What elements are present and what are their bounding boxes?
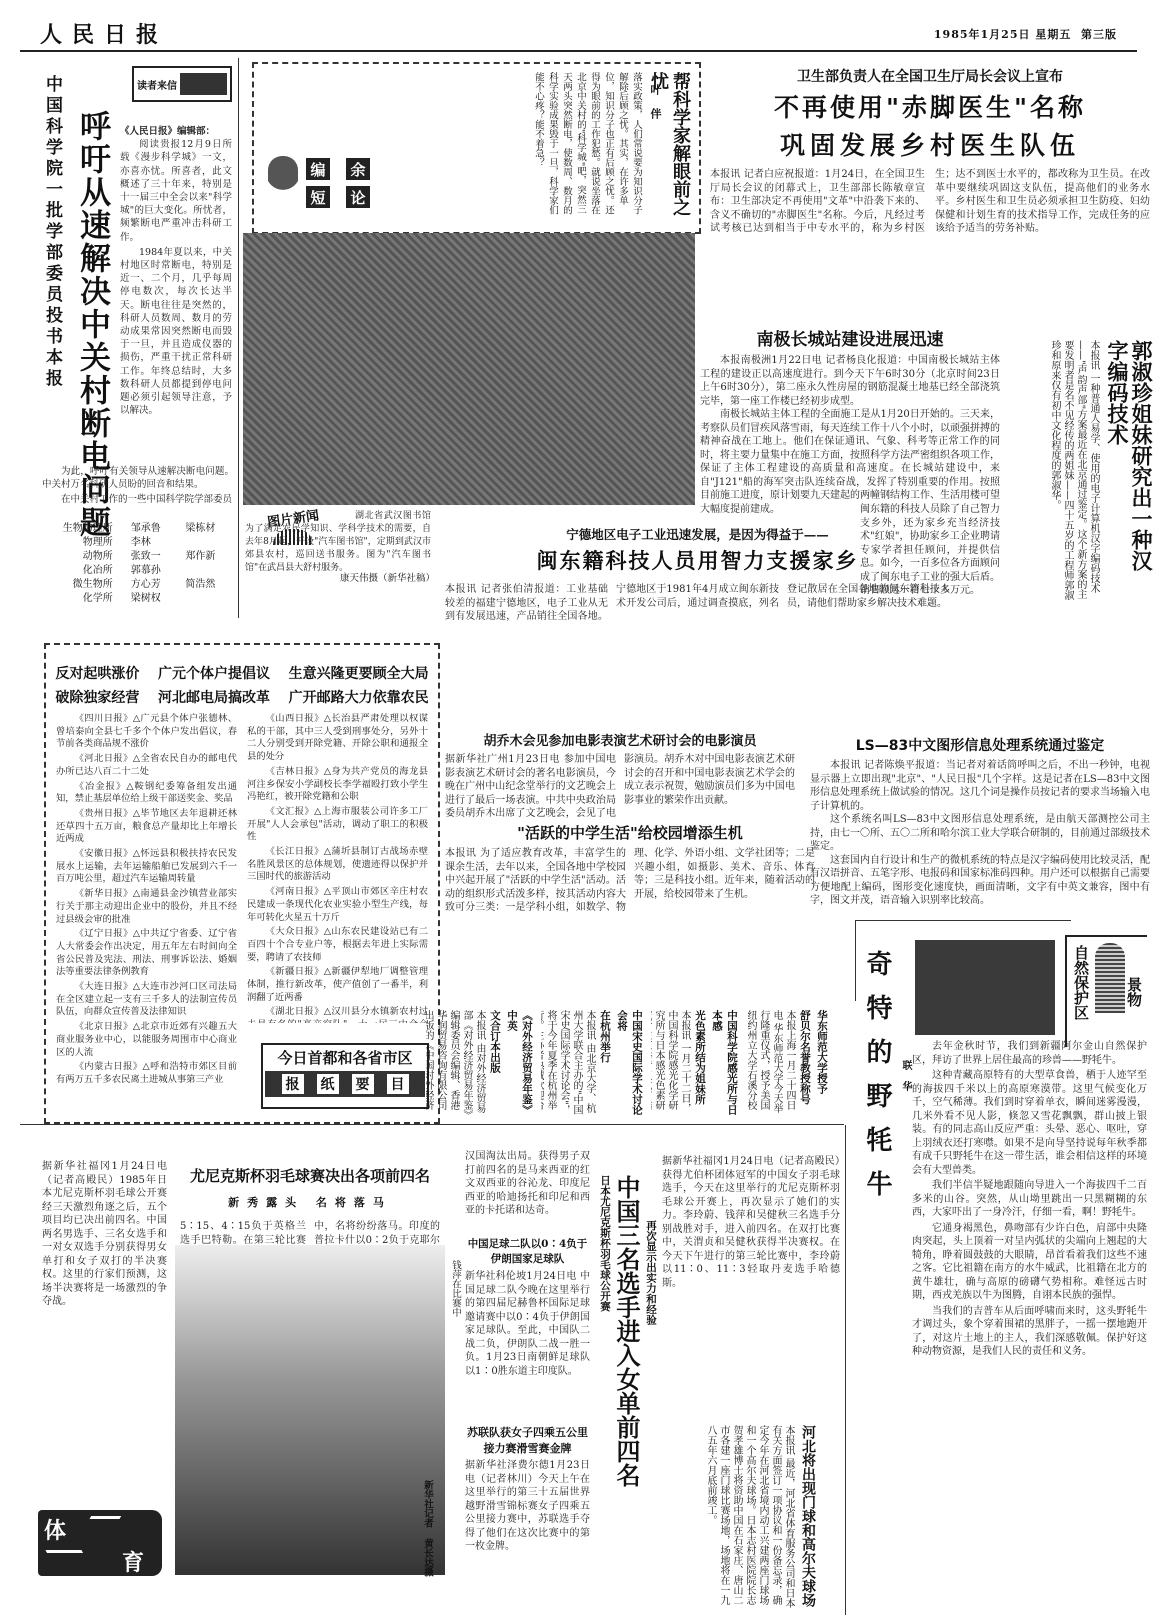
- brief-item: 华东师范大学授予 舒贝尔名誉教授称号 本报上海一月二十四日电 华东师范大学今天举…: [746, 1010, 830, 1120]
- brief-text: 本报讯 一月二十二日，中国科学院感光化学研究所与日本感光色素研究所在京举行仪式，…: [651, 1010, 691, 1115]
- digest-footer-subtitle: 报 纸 要 目: [265, 1071, 425, 1097]
- column-divider: [845, 1125, 846, 1615]
- guo-body: 本报讯 一种普通人易学、使用的电子计算机汉字编码技术——"声韵声部"方案最近在北…: [1000, 340, 1100, 600]
- antarctic-headline: 南极长城站建设进展迅速: [700, 325, 1000, 350]
- school-body: 本报讯 为了适应教育改革，丰富学生的课余生活，去年以来，全国各地中学校园中兴起开…: [445, 847, 815, 975]
- digest-footer-box: 今日首都和各省市区 报 纸 要 目: [261, 1043, 429, 1109]
- brief-text: 本报讯 由对外经济贸易部《对外经济贸易年鉴》编辑委员会编辑、香港华润贸易咨询有限…: [426, 1010, 486, 1115]
- signatory-row: 微生物所方心芳简浩然: [40, 578, 240, 592]
- yak-paragraph: 这种青藏高原特有的大型草食兽，栖于人迹罕至的海拔四千米以上的高原寒漠带。这里气候…: [912, 1069, 1147, 1177]
- editorial-logo-char: 余: [346, 158, 370, 180]
- film-article: 胡乔木会见参加电影表演艺术研讨会的电影演员 据新华社广州1月23日电 参加中国电…: [445, 730, 795, 833]
- brief-headline: 舒贝尔名誉教授称号: [798, 1010, 813, 1120]
- sports-logo-char: 体: [44, 1514, 66, 1545]
- football-body: 新华社科伦坡1月24日电 中国足球二队今晚在这里举行的第四届尼赫鲁杯国际足球邀请…: [465, 1270, 590, 1420]
- brief-text: 本报上海一月二十四日电 华东师范大学今天举行隆重仪式，授予美国纽约州立大学石溪分…: [746, 1010, 796, 1115]
- editorial-logo-char: 编: [306, 158, 330, 180]
- yak-photo: [915, 940, 1055, 1035]
- editorial-author: 叶 伴: [647, 84, 663, 119]
- digest-item: 《河北日报》△全省农民自办的邮电代办所已达八百二十二处: [56, 753, 237, 778]
- zgc-letter-body-cont: 1981年五届政协开会时，我们之中的一部分人曾反映了中关村地区断电之事，请给予解…: [42, 465, 234, 508]
- runner-icon: [77, 1516, 121, 1541]
- brief-kicker: 中国科学院感光所与日本感: [710, 1010, 740, 1120]
- school-headline: "活跃的中学生活"给校园增添生机: [445, 822, 815, 843]
- scenery-label: 景物: [1124, 977, 1145, 1007]
- editorial-logo-char: 短: [306, 186, 330, 208]
- school-article: "活跃的中学生活"给校园增添生机 本报讯 为了适应教育改革，丰富学生的课余生活，…: [445, 822, 815, 975]
- page-number: 第三版: [1081, 28, 1117, 41]
- digest-item: 《新疆日报》△新疆伊犁地厂调整管理体制，推行新改革，使产值创了一番半，利润翻了近…: [247, 966, 428, 1004]
- zgc-paragraph: 在中关村工作的一些中国科学院学部委员: [42, 493, 234, 506]
- digest-right-column: 《山西日报》△长治县严肃处理以权谋私的干部，其中三人受到刑事处分，另外十二人分别…: [247, 713, 428, 1023]
- signatory-row: 物理所李林: [40, 536, 240, 550]
- brief-item: 中国科学院感光所与日本感 光色素所结为姐妹所 本报讯 一月二十二日，中国科学院感…: [651, 1010, 740, 1120]
- digest-item: 《辽宁日报》△中共辽宁省委、辽宁省人大常委会作出决定，用五年左右时间向全省公民普…: [56, 928, 237, 979]
- digest-headline-row-2: 破除独家经营 河北邮电局搞改革 广开邮路大力依靠农民: [46, 687, 438, 707]
- digest-item: 《安徽日报》△怀远县积极扶持农民发展水上运输，去年运输船舶已发展到六千一百万吨公…: [56, 848, 237, 886]
- yak-author: 联 华: [898, 1060, 913, 1091]
- masthead-rule: [20, 50, 1137, 52]
- football-article: 汉国淘汰出局。获得男子双打前四名的是马来西亚的红文双西亚的谷沁龙、印度尼西亚的哈…: [465, 1150, 590, 1569]
- antarctic-paragraph: 南极长城站主体工程的全面施工是从1月20日开始的。三天来，考察队员们冒疾风落雪雨…: [700, 408, 1000, 518]
- zgc-letter-body: 《人民日报》编辑部： 阅读贵报12月9日所载《漫步科学城》一文，亦喜亦忧。所喜者…: [120, 125, 232, 419]
- hebei-body: 本报讯 最近，河北省体育服务公司和日本有关方面签订一项协议和一份备忘录，确定今年…: [625, 1425, 795, 1610]
- zgc-paragraph: 阅读贵报12月9日所载《漫步科学城》一文，亦喜亦忧。所喜者，此文概述了三十年来，…: [120, 138, 232, 244]
- badminton-photo: [175, 1245, 445, 1575]
- mountain-icon: [1095, 943, 1125, 1013]
- sports-section-logo: 体 育: [38, 1510, 162, 1576]
- signatory-row: 化冶所郭慕孙: [40, 564, 240, 578]
- brief-kicker: 《对外经济贸易年鉴》中英: [505, 1010, 535, 1120]
- sports-logo-char: 育: [122, 1546, 144, 1577]
- health-body: 本报讯 记者白应祝报道：1月24日，在全国卫生厅局长会议的闭幕式上，卫生部部长陈…: [710, 168, 1150, 320]
- digest-item: 《冶金报》△鞍钢纪委筹备组发出通知，禁止基层单位给上级干部送奖金、奖品: [56, 781, 237, 806]
- zgc-signatories: 生物物理所邹承鲁梁栋材 物理所李林 动物所张致一郑作新 化冶所郭慕孙 微生物所方…: [40, 522, 240, 606]
- ls83-article: LS—83中文图形信息处理系统通过鉴定 本报讯 记者陈焕平报道：当记者对着话筒呼…: [810, 735, 1150, 908]
- brief-headline: 光色素所结为姐妹所: [693, 1010, 708, 1120]
- women-kicker: 日本尤尼克斯杯羽毛球公开赛: [598, 1175, 613, 1312]
- digest-item: 《河南日报》△平顶山市郊区辛庄村农民建成一条现代化农业实验小型生产线，每年可转化…: [247, 886, 428, 924]
- zgc-paragraph: 1984年夏以来，中关村地区时常断电，特别是近一、二个月，几乎每周停电数次，每次…: [120, 246, 232, 418]
- column-divider: [238, 58, 239, 618]
- brief-item: 中国宋史国际学术讨论会将 在杭州举行 本报讯 由北京大学、杭州大学联合主办的"中…: [541, 1010, 645, 1120]
- skate-headline-2: 接力赛滑雪赛金牌: [465, 1440, 590, 1456]
- football-continued: 汉国淘汰出局。获得男子双打前四名的是马来西亚的红文双西亚的谷沁龙、印度尼西亚的哈…: [465, 1150, 590, 1230]
- issue-date: 1985年1月25日: [934, 28, 1031, 41]
- digest-item: 《湖北日报》△汉川县分水镇新农村过去是有名的"高产穷队"，十一届三中全会后，80…: [247, 1006, 428, 1023]
- mindong-body-cont: 闽东籍的科技人员除了自己智力支乡外，还为家乡充当经济技术"红娘"，协助家乡工企业…: [860, 503, 1000, 643]
- brief-text: 本报讯 由北京大学、杭州大学联合主办的"中国宋史国际学术讨论会"，将于今年夏季在…: [541, 1010, 596, 1115]
- zgc-byline: 中国科学院一批学部委员投书本报: [42, 75, 62, 390]
- reader-letter-tag: 读者来信: [132, 66, 232, 102]
- digest-item: 《大连日报》△大连市沙河口区司法局在全区建立起一支有三千多人的法制宣传员队伍，向…: [56, 981, 237, 1019]
- zgc-paragraph: 为此，呼吁有关领导从速解决断电问题。中关村万名科研人员盼的回音和结果。: [42, 465, 234, 491]
- brief-kicker: 华东师范大学授予: [815, 1010, 830, 1120]
- digest-item: 《贵州日报》△毕节地区去年退耕还林还草四十五万亩，粮食总产量却比上年增长近两成: [56, 808, 237, 846]
- digest-item: 《北京日报》△北京市近郊有兴趣五大商业服务业中心，以能服务周围市中心商业区的人流: [56, 1021, 237, 1059]
- health-kicker: 卫生部负责人在全国卫生厅局长会议上宣布: [710, 66, 1150, 86]
- player-icon: [45, 1550, 94, 1573]
- uber-headline: 尤尼克斯杯羽毛球赛决出各项前四名: [180, 1165, 440, 1186]
- yak-paragraph: 当我们的吉普车从后面呼啸而来时，这头野牦牛才调过头，象个穿着围裙的黑胖子，一摇一…: [912, 1305, 1147, 1359]
- digest-item: 《四川日报》△广元县个体户张德林、曾培泰向全县七千多个个体户发出倡议，春节前各类…: [56, 713, 237, 751]
- signatory-row: 动物所张致一郑作新: [40, 550, 240, 564]
- brief-kicker: 中国宋史国际学术讨论会将: [615, 1010, 645, 1120]
- brief-headline: 在杭州举行: [598, 1010, 613, 1120]
- nature-reserve-label: 自然保护区: [1071, 945, 1092, 1020]
- hebei-headline: 河北将出现门球和高尔夫球场: [800, 1425, 816, 1615]
- nature-reserve-tag: 自然保护区 景物: [1065, 935, 1147, 1047]
- press-digest-box: 反对起哄涨价 广元个体户提倡议 生意兴隆更要顾全大局 破除独家经营 河北邮电局搞…: [44, 643, 440, 1124]
- ls83-paragraph: 这套国内自行设计和生产的微机系统的特点是汉字编码使用比较灵活，配有汉语拼音、五笔…: [810, 854, 1150, 908]
- ls83-paragraph: 这个系统名叫LS—83中文图形信息处理系统，是由航天部测控公司主持，由七一〇所、…: [810, 813, 1150, 854]
- signatory-row: 化学所梁树权: [40, 592, 240, 606]
- digest-footer-title: 今日首都和各省市区: [265, 1047, 425, 1068]
- antarctic-article: 南极长城站建设进展迅速 本报南极洲1月22日电 记者杨良化报道：中国南极长城站主…: [700, 325, 1000, 518]
- envelope-icon: [180, 73, 227, 95]
- digest-item: 《大众日报》△山东农民建设站已有二百四十个合专业户等，根据去年进上实际需要，聘请…: [247, 926, 428, 964]
- uber-lead: 据新华社福冈1月24日电（记者高殿民）1985年日本尤尼克斯杯羽毛球公开赛经三天…: [42, 1160, 167, 1500]
- health-article: 卫生部负责人在全国卫生厅局长会议上宣布 不再使用"赤脚医生"名称 巩固发展乡村医…: [710, 66, 1150, 320]
- editorial-logo: 编 余 短 论: [268, 156, 388, 216]
- yak-paragraph: 它通身褐黑色，鼻吻部有少许白色，肩部中央隆肉突起，头上顶着一对呈内弧状的尖端向上…: [912, 1222, 1147, 1303]
- health-headline-1: 不再使用"赤脚医生"名称: [710, 88, 1150, 124]
- editorial-logo-char: 论: [346, 186, 370, 208]
- zgc-greeting: 《人民日报》编辑部：: [120, 125, 232, 138]
- brief-headline: 文合订本出版: [488, 1010, 503, 1120]
- digest-item: 《文汇报》△上海市服装公司许多工厂开展"人人会承包"活动，调动了职工的积极性: [247, 806, 428, 844]
- issue-weekday: 星期五: [1035, 28, 1071, 41]
- antarctic-paragraph: 本报南极洲1月22日电 记者杨良化报道：中国南极长城站主体工程的建设正以高速度进…: [700, 354, 1000, 408]
- digest-item: 《新华日报》△南通县金沙镇营业部实行关于那主动迎出企业中的股份，并且不经过县级会…: [56, 888, 237, 926]
- digest-item: 《内蒙古日报》△呼和浩特市郊区目前有两万五千多农民离土进城从事第三产业: [56, 1061, 237, 1083]
- guo-headline: 郭淑珍姐妹研究出一种汉字编码技术: [1105, 340, 1153, 590]
- women-subhead: 再次显示出实力和经验: [644, 1220, 659, 1325]
- tree-icon: [268, 156, 298, 212]
- signatory-row: 生物物理所邹承鲁梁栋材: [40, 522, 240, 536]
- digest-item: 《山西日报》△长治县严肃处理以权谋私的干部，其中三人受到刑事处分，另外十二人分别…: [247, 713, 428, 764]
- yak-body: 去年金秋时节，我们到新疆阿尔金山自然保护区，拜访了世界上居住最高的珍兽——野牦牛…: [912, 1040, 1147, 1610]
- football-headline: 中国足球二队以0∶4负于伊朗国家足球队: [465, 1236, 590, 1266]
- film-headline: 胡乔木会见参加电影表演艺术研讨会的电影演员: [445, 730, 795, 749]
- brief-item: 《对外经济贸易年鉴》中英 文合订本出版 本报讯 由对外经济贸易部《对外经济贸易年…: [426, 1010, 535, 1120]
- library-bus-photo: [243, 233, 695, 505]
- vertical-briefs: 华东师范大学授予 舒贝尔名誉教授称号 本报上海一月二十四日电 华东师范大学今天举…: [450, 1010, 830, 1120]
- photo-news-caption: 湖北省武汉图书馆为了满足农民学知识、学科学技术的需要，自去年8月起，开设"汽车图…: [245, 510, 431, 575]
- digest-item: 《吉林日报》△身为共产党员的海龙县河注乡保安小学副校长李学福殴打致小学生冯艳红，…: [247, 766, 428, 804]
- digest-headline-row-1: 反对起哄涨价 广元个体户提倡议 生意兴隆更要顾全大局: [46, 663, 438, 683]
- skate-body: 据新华社泽费尔德1月23日电（记者林川）今天上午在这里举行的第三十五届世界越野滑…: [465, 1459, 590, 1569]
- yak-paragraph: 我们半信半疑地跟随向导进入一个海拔四千二百多米的山谷。突然，从山坳里跳出一只黑糊…: [912, 1179, 1147, 1220]
- dateline: 1985年1月25日 星期五 第三版: [934, 26, 1117, 42]
- photo-caption: 钱萍在比赛中: [448, 1260, 462, 1317]
- editorial-box: 帮科学家解眼前之忧 叶 伴 落实政策，人们常说要为知识分子解除后顾之忧。其实，在…: [252, 62, 701, 234]
- reader-letter-label: 读者来信: [134, 77, 180, 92]
- photo-news-credit: 康天伟摄（新华社稿）: [340, 570, 435, 584]
- section-divider: [20, 1124, 844, 1125]
- digest-item: 《长江日报》△蒲圻县制订古战场赤壁名胜风景区的总体规划，使遗迹得以保护并三国时代…: [247, 846, 428, 884]
- digest-left-column: 《四川日报》△广元县个体户张德林、曾培泰向全县七千多个个体户发出倡议，春节前各类…: [56, 713, 237, 1083]
- film-body: 据新华社广州1月23日电 参加中国电影表演艺术研讨会的著名电影演员，今晚在广州中…: [445, 753, 795, 833]
- photo-credit: 新华社记者 黄长达摄: [420, 1480, 434, 1577]
- uber-subhead: 新秀露头 名将落马: [180, 1194, 440, 1210]
- ls83-paragraph: 本报讯 记者陈焕平报道：当记者对着话筒呼叫之后，不出一秒钟，电视显示器上立即出现…: [810, 759, 1150, 813]
- women-body: 据新华社福冈1月24日电（记者高殿民）获得尤伯杯团体冠军的中国女子羽毛球选手，今…: [662, 1155, 840, 1395]
- health-headline-2: 巩固发展乡村医生队伍: [710, 126, 1150, 162]
- ls83-headline: LS—83中文图形信息处理系统通过鉴定: [810, 735, 1150, 755]
- yak-paragraph: 去年金秋时节，我们到新疆阿尔金山自然保护区，拜访了世界上居住最高的珍兽——野牦牛…: [912, 1040, 1147, 1067]
- yak-headline: 奇特的野牦牛: [862, 950, 892, 1214]
- skate-headline-1: 苏联队获女子四乘五公里: [465, 1424, 590, 1440]
- newspaper-masthead: 人民日报: [40, 18, 168, 49]
